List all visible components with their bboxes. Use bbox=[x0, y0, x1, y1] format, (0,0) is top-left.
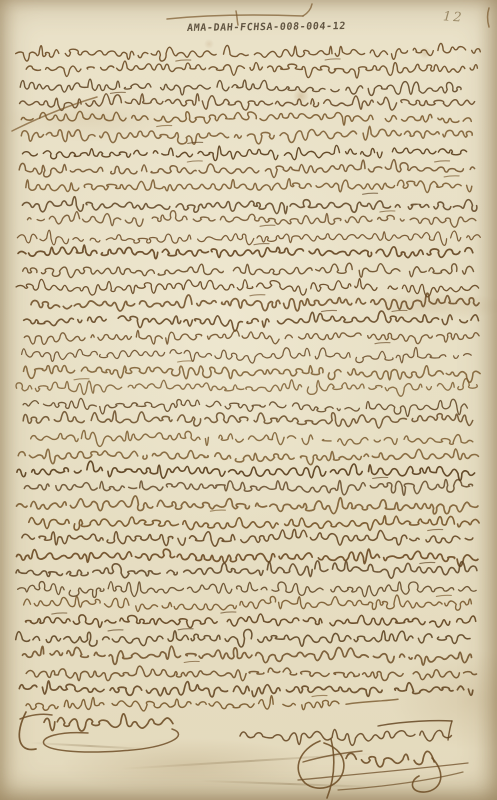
handwriting-line bbox=[26, 61, 477, 78]
signature-right-paraph bbox=[303, 751, 362, 762]
tilde-stroke bbox=[363, 193, 378, 194]
tilde-stroke bbox=[380, 211, 395, 212]
edge-pen-mark bbox=[488, 8, 490, 27]
tilde-stroke bbox=[428, 529, 443, 530]
handwriting-line bbox=[23, 145, 474, 160]
closing-formula-line bbox=[240, 729, 451, 745]
handwriting-line bbox=[26, 179, 472, 193]
handwriting-line bbox=[26, 696, 339, 711]
handwriting-line bbox=[22, 197, 476, 214]
closing-formula-overline bbox=[378, 721, 452, 726]
handwriting-line bbox=[24, 480, 472, 496]
handwriting-line bbox=[18, 449, 478, 465]
tilde-stroke bbox=[420, 562, 435, 563]
tilde-stroke bbox=[392, 310, 407, 311]
handwriting-line bbox=[16, 629, 470, 647]
tilde-stroke bbox=[435, 161, 450, 162]
folio-number: 12 bbox=[443, 9, 465, 25]
tilde-stroke bbox=[176, 60, 191, 61]
tilde-stroke bbox=[157, 125, 172, 126]
handwriting-line bbox=[24, 330, 479, 344]
handwriting-line bbox=[18, 582, 476, 598]
tilde-stroke bbox=[260, 225, 275, 226]
tilde-stroke bbox=[178, 629, 193, 630]
handwriting-line bbox=[23, 411, 472, 428]
tilde-stroke bbox=[52, 613, 67, 614]
signature-right-name bbox=[346, 751, 434, 767]
handwriting-line bbox=[17, 496, 478, 514]
tilde-stroke bbox=[312, 695, 327, 696]
handwriting-line bbox=[20, 94, 475, 111]
archive-reference-stamp: AMA-DAH-FCHSA-008-004-12 bbox=[186, 21, 346, 34]
tilde-stroke bbox=[110, 92, 125, 93]
handwriting-line bbox=[16, 279, 478, 297]
handwriting-line bbox=[23, 398, 476, 416]
handwriting-line bbox=[24, 366, 481, 383]
line-filler-dash bbox=[346, 699, 398, 704]
tilde-stroke bbox=[74, 379, 89, 380]
handwriting-line bbox=[28, 211, 476, 227]
tilde-stroke bbox=[108, 630, 123, 631]
handwriting-line bbox=[29, 516, 479, 531]
top-pen-stroke bbox=[167, 15, 303, 19]
tilde-stroke bbox=[210, 510, 225, 511]
tilde-stroke bbox=[375, 343, 390, 344]
handwriting-line bbox=[24, 311, 479, 331]
manuscript-page: AMA-DAH-FCHSA-008-004-12 12 bbox=[0, 0, 497, 800]
handwriting-line bbox=[21, 126, 472, 144]
handwriting-line bbox=[19, 160, 474, 178]
handwriting-line bbox=[17, 461, 475, 480]
handwriting-line bbox=[26, 666, 476, 681]
signature-right-paraph bbox=[327, 739, 334, 798]
signature-left-paraph bbox=[43, 729, 178, 752]
handwriting-line bbox=[31, 293, 479, 311]
handwriting-line bbox=[16, 43, 481, 61]
tilde-stroke bbox=[221, 612, 236, 613]
tilde-stroke bbox=[322, 310, 337, 311]
signature-left-name bbox=[44, 714, 173, 731]
handwriting-line bbox=[20, 79, 467, 95]
tilde-stroke bbox=[184, 661, 199, 662]
tilde-stroke bbox=[250, 295, 265, 296]
handwriting-line bbox=[17, 230, 480, 245]
tilde-stroke bbox=[325, 59, 340, 60]
manuscript-ink bbox=[0, 0, 497, 800]
tilde-stroke bbox=[254, 244, 269, 245]
tilde-stroke bbox=[187, 161, 202, 162]
handwriting-line bbox=[21, 111, 471, 125]
top-pen-stroke bbox=[303, 4, 312, 16]
tilde-stroke bbox=[444, 176, 459, 177]
handwriting-line bbox=[31, 430, 473, 446]
handwriting-line bbox=[19, 681, 472, 697]
handwriting-line bbox=[18, 245, 479, 259]
handwriting-line bbox=[23, 646, 472, 665]
handwriting-line bbox=[23, 263, 474, 277]
handwriting-line bbox=[24, 595, 472, 611]
handwriting-line bbox=[16, 379, 477, 397]
tilde-stroke bbox=[178, 361, 193, 362]
handwriting-line bbox=[16, 561, 477, 578]
handwriting-line bbox=[22, 529, 473, 546]
tilde-stroke bbox=[436, 595, 451, 596]
handwriting-line bbox=[25, 614, 475, 628]
tilde-stroke bbox=[373, 477, 388, 478]
signature-right-paraph bbox=[298, 741, 344, 788]
handwriting-line bbox=[22, 347, 472, 363]
